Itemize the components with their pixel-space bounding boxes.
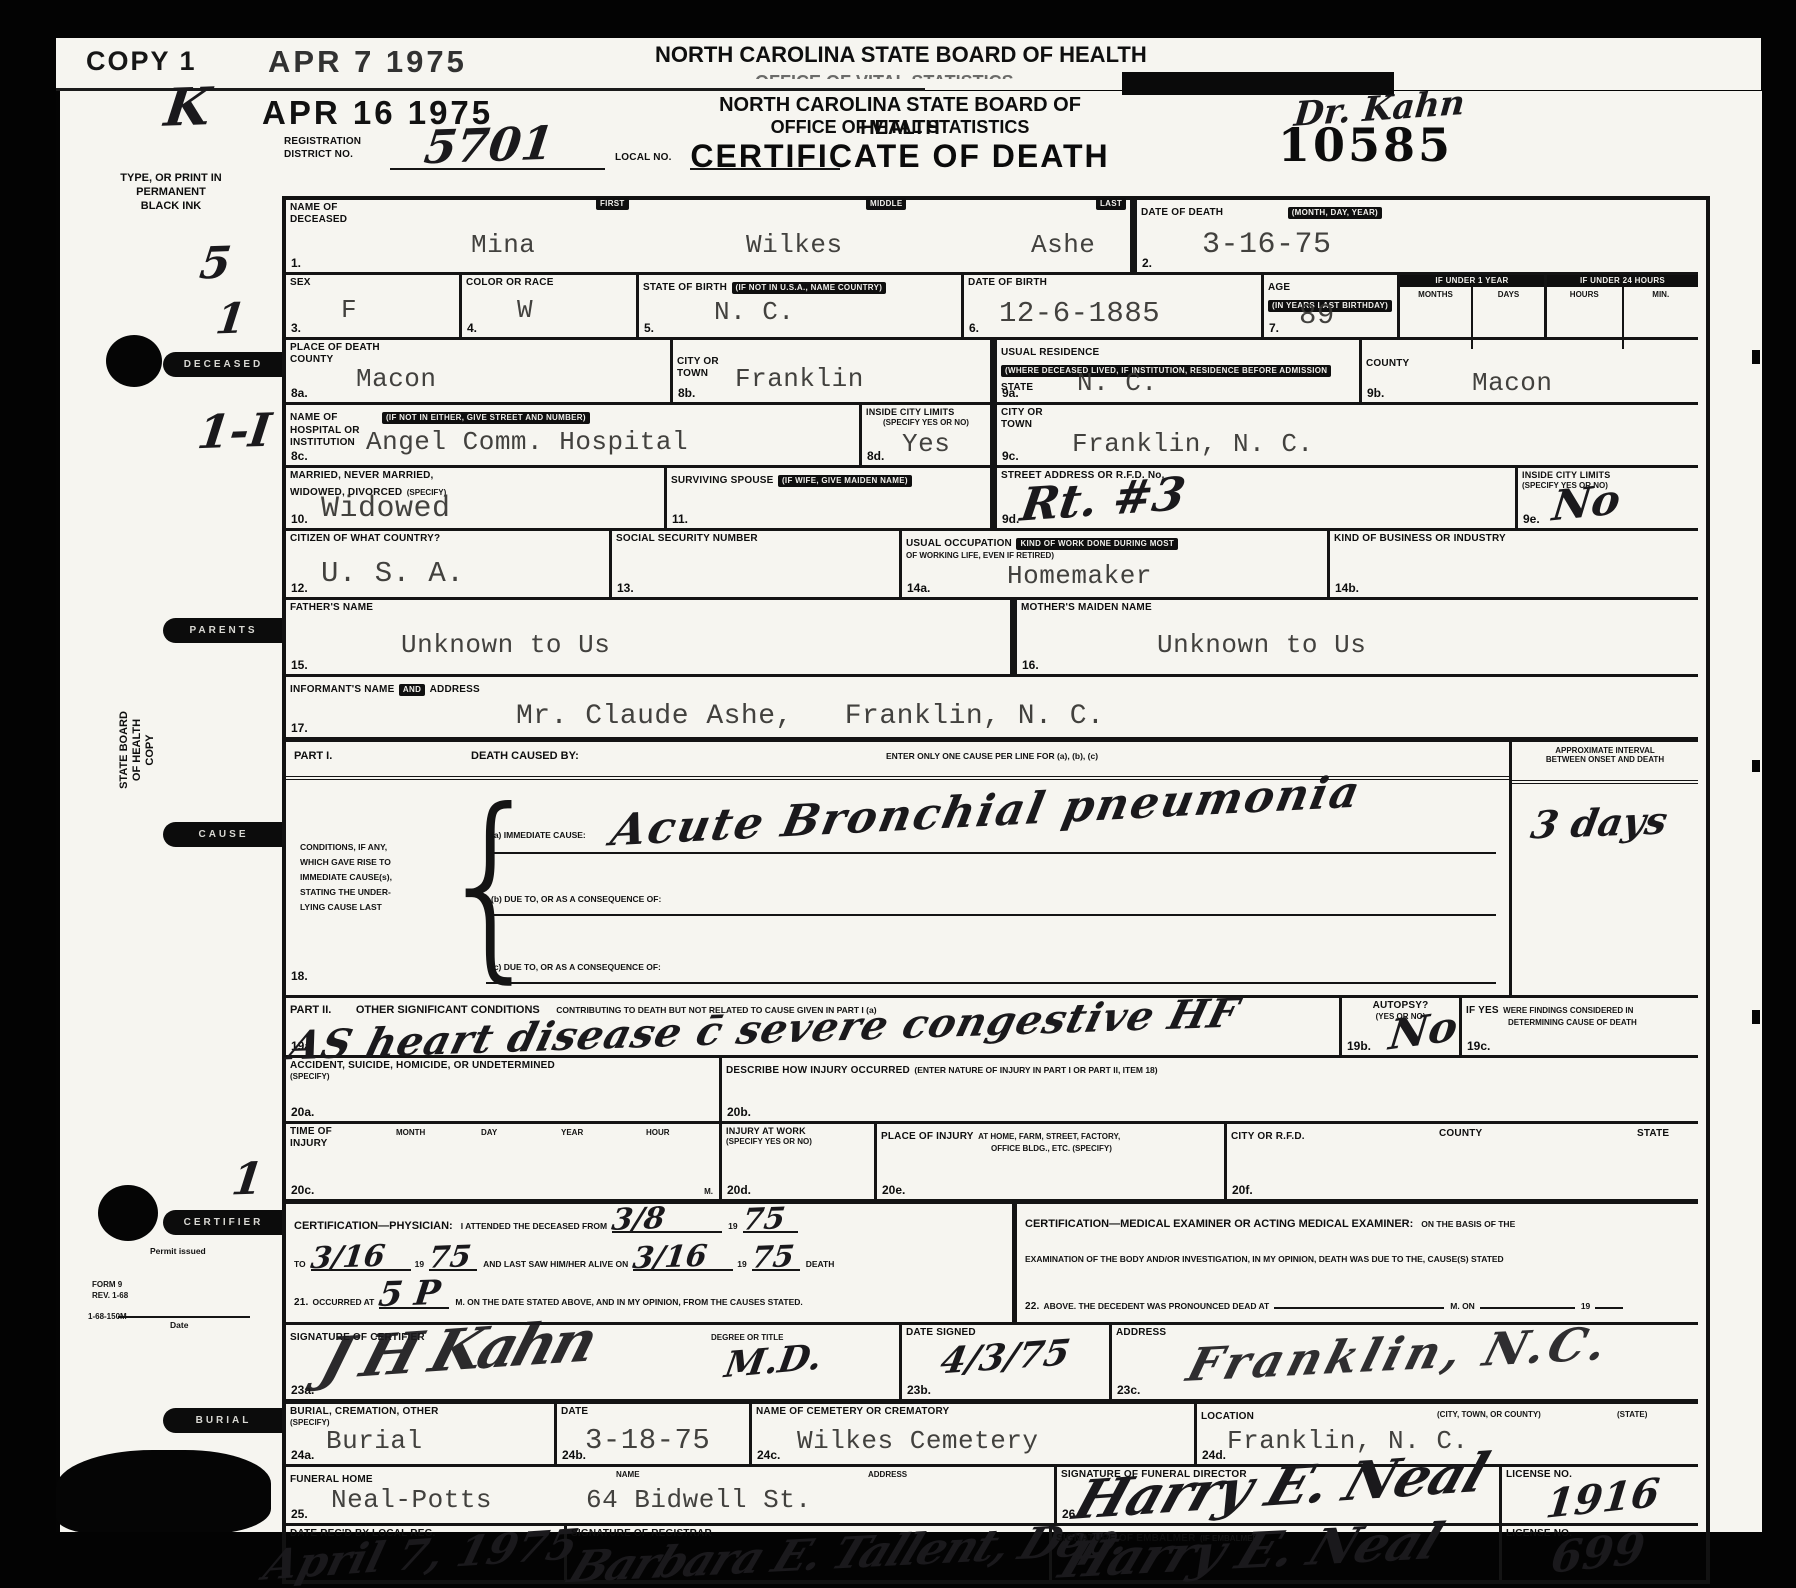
funeral-home-address: 64 Bidwell St. (586, 1487, 811, 1513)
column-head-middle: MIDDLE (866, 198, 906, 210)
form-row: MARRIED, NEVER MARRIED, WIDOWED, DIVORCE… (286, 465, 1698, 528)
examiner-line-3: 22. ABOVE. THE DECEDENT WAS PRONOUNCED D… (1025, 1292, 1623, 1313)
scan-artifact (1752, 1010, 1760, 1024)
field-sublabel: (SPECIFY YES OR NO) (866, 418, 986, 427)
column-head-first: FIRST (596, 198, 629, 210)
pronounced-label: ABOVE. THE DECEDENT WAS PRONOUNCED DEAD … (1044, 1301, 1270, 1312)
field-burial-cremation: BURIAL, CREMATION, OTHER (SPECIFY) 24a. … (286, 1404, 557, 1464)
attended-from-year: 75 (741, 1204, 787, 1235)
marital-value: Widowed (321, 494, 451, 524)
field-sublabel: (IF WIFE, GIVE MAIDEN NAME) (778, 475, 912, 487)
item-number: 4. (467, 321, 477, 335)
copy-line: STATE BOARD (118, 680, 131, 820)
year-column: YEAR (561, 1128, 583, 1137)
occurred-label: OCCURRED AT (313, 1297, 375, 1308)
item-number: 19c. (1467, 1039, 1490, 1053)
field-occupation: USUAL OCCUPATION KIND OF WORK DONE DURIN… (902, 531, 1330, 597)
column-head-last: LAST (1096, 198, 1126, 210)
cemetery-value: Wilkes Cemetery (797, 1428, 1039, 1454)
race-value: W (517, 297, 533, 323)
section-label: USUAL RESIDENCE (1001, 347, 1099, 358)
item-number: 20c. (291, 1183, 314, 1197)
certification-section: CERTIFICATION—PHYSICIAN: I ATTENDED THE … (286, 1199, 1698, 1322)
item-number: 8c. (291, 449, 308, 463)
field-label: FATHER'S NAME (290, 602, 1006, 614)
state-of-birth-value: N. C. (714, 299, 795, 325)
funeral-home-row: FUNERAL HOME NAME ADDRESS 25. Neal-Potts… (286, 1464, 1698, 1523)
field-label: COUNTY (290, 354, 666, 366)
item-number: 8b. (678, 386, 695, 400)
field-sublabel: (STATE) (1617, 1410, 1647, 1419)
field-label: LOCATION (1201, 1411, 1254, 1422)
field-embalmer-license: LICENSE NO. 699 (1502, 1526, 1698, 1580)
examiner-label: CERTIFICATION—MEDICAL EXAMINER OR ACTING… (1025, 1218, 1413, 1231)
field-sublabel: KIND OF WORK DONE DURING MOST (1016, 538, 1178, 550)
item-number: 10. (291, 512, 308, 526)
interval-header: APPROXIMATE INTERVAL BETWEEN ONSET AND D… (1512, 742, 1698, 784)
item-number: 15. (291, 658, 308, 672)
field-sublabel: (SPECIFY YES OR NO) (726, 1137, 870, 1146)
field-label: DESCRIBE HOW INJURY OCCURRED (726, 1065, 910, 1076)
field-injury-city-county-state: CITY OR R.F.D. COUNTY STATE 20f. (1227, 1124, 1698, 1199)
scan-artifact (1752, 760, 1760, 772)
item-number: 20a. (291, 1105, 314, 1119)
certification-physician: CERTIFICATION—PHYSICIAN: I ATTENDED THE … (286, 1204, 1017, 1322)
field-label: FUNERAL HOME (290, 1474, 373, 1485)
field-sublabel: (IF NOT IN U.S.A., NAME COUNTRY) (732, 282, 887, 294)
local-no-label: LOCAL NO. (615, 152, 672, 164)
field-sublabel: OF WORKING LIFE, EVEN IF RETIRED) (906, 551, 1323, 560)
field-label: INJURY (290, 1138, 715, 1150)
item-number: 24a. (291, 1448, 314, 1462)
field-label: SEX (290, 277, 455, 289)
margin-tab-cause: CAUSE (163, 822, 284, 847)
interval-label: BETWEEN ONSET AND DEATH (1512, 755, 1698, 764)
field-label: STATE (1001, 382, 1355, 394)
burial-date-value: 3-18-75 (585, 1426, 710, 1455)
hole-punch-bottom (98, 1185, 158, 1241)
field-place-of-death-city: CITY OR TOWN 8b. Franklin (673, 340, 997, 402)
item-number: 20b. (727, 1105, 751, 1119)
field-marital-status: MARRIED, NEVER MARRIED, WIDOWED, DIVORCE… (286, 468, 667, 528)
field-residence-city: CITY OR TOWN 9c. Franklin, N. C. (997, 405, 1698, 465)
item-number: 9d. (1002, 512, 1019, 526)
permit-issued-label: Permit issued (150, 1246, 206, 1257)
item-number: 1. (291, 256, 301, 270)
citizen-value: U. S. A. (321, 559, 464, 588)
examiner-note: EXAMINATION OF THE BODY AND/OR INVESTIGA… (1025, 1254, 1504, 1265)
year-prefix: 19 (415, 1259, 424, 1270)
certifier-signature: J H Kahn (314, 1312, 600, 1388)
item-number: 8a. (291, 386, 308, 400)
due-to-c-label: (c) DUE TO, OR AS A CONSEQUENCE OF: (491, 962, 661, 973)
part1-note: ENTER ONLY ONE CAUSE PER LINE FOR (a), (… (886, 751, 1098, 762)
last-saw-value: 3/16 (631, 1242, 709, 1275)
form-revision: REV. 1-68 (92, 1291, 128, 1300)
immediate-cause-value: Acute Bronchial pneumonia (607, 771, 1364, 854)
field-director-license: LICENSE NO. 1916 (1502, 1467, 1698, 1523)
informant-value: Mr. Claude Ashe, Franklin, N. C. (516, 703, 1104, 731)
street-address-value: Rt. #3 (1018, 470, 1189, 527)
item-number: 9b. (1367, 386, 1384, 400)
item-number: 24c. (757, 1448, 780, 1462)
item-number: 25. (291, 1507, 308, 1521)
scan-edge-left (0, 0, 56, 1588)
item-number: 9a. (1002, 386, 1019, 400)
field-describe-injury: DESCRIBE HOW INJURY OCCURRED (ENTER NATU… (722, 1058, 1698, 1121)
field-label: MOTHER'S MAIDEN NAME (1021, 602, 1694, 614)
injury-row-1: ACCIDENT, SUICIDE, HOMICIDE, OR UNDETERM… (286, 1055, 1698, 1121)
field-sublabel: AT HOME, FARM, STREET, FACTORY, (978, 1132, 1120, 1141)
cert-line-3: 21. OCCURRED AT 5 P M. ON THE DATE STATE… (294, 1292, 808, 1309)
copy-label: COPY 1 (86, 46, 197, 77)
residence-county-value: Macon (1472, 370, 1553, 396)
field-date-of-birth: DATE OF BIRTH 6. 12-6-1885 (964, 275, 1264, 337)
hole-punch-top (106, 335, 162, 387)
scanned-death-certificate: COPY 1 APR 7 1975 NORTH CAROLINA STATE B… (0, 0, 1796, 1588)
item-number: 14a. (907, 581, 930, 595)
occurred-rest-label: M. ON THE DATE STATED ABOVE, AND IN MY O… (455, 1297, 802, 1308)
immediate-cause-label: (a) IMMEDIATE CAUSE: (491, 830, 586, 841)
field-label: DECEASED (290, 214, 1126, 226)
ink-instruction-1: TYPE, OR PRINT IN (96, 172, 246, 185)
field-label: AGE (1268, 282, 1290, 293)
conditions-note: IMMEDIATE CAUSE(s), (300, 872, 392, 883)
attended-to-value: 3/16 (309, 1242, 387, 1275)
occurred-time-value: 5 P (377, 1276, 443, 1312)
field-sublabel: OFFICE BLDG., ETC. (SPECIFY) (991, 1144, 1220, 1153)
margin-mark-1-i: 1-I (195, 407, 274, 456)
field-label: IF UNDER 24 HOURS (1547, 275, 1698, 287)
field-injury-at-work: INJURY AT WORK (SPECIFY YES OR NO) 20d. (722, 1124, 877, 1199)
death-label: DEATH (806, 1259, 835, 1270)
form-number: FORM 9 (92, 1280, 122, 1289)
item-number: 6. (969, 321, 979, 335)
field-label: NAME OF CEMETERY OR CREMATORY (756, 1406, 1190, 1418)
field-ssn: SOCIAL SECURITY NUMBER 13. (612, 531, 902, 597)
field-informant: INFORMANT'S NAME AND ADDRESS 17. Mr. Cla… (286, 677, 1698, 737)
field-mother-maiden-name: MOTHER'S MAIDEN NAME 16. Unknown to Us (1017, 600, 1698, 674)
last-saw-year: 75 (750, 1242, 796, 1273)
field-color-or-race: COLOR OR RACE 4. W (462, 275, 639, 337)
occupation-value: Homemaker (1007, 563, 1152, 589)
office-header: OFFICE OF VITAL STATISTICS (680, 117, 1120, 138)
field-label: KIND OF BUSINESS OR INDUSTRY (1334, 533, 1694, 545)
date-label: Date (170, 1320, 188, 1331)
examiner-note: ON THE BASIS OF THE (1421, 1219, 1515, 1230)
cause-line-c (486, 982, 1496, 984)
field-place-of-death-county: PLACE OF DEATH COUNTY 8a. Macon (286, 340, 673, 402)
field-if-under-24-hours: IF UNDER 24 HOURS HOURS MIN. (1547, 275, 1698, 337)
item-number: 23c. (1117, 1383, 1140, 1397)
item-number: 16. (1022, 658, 1039, 672)
attended-label: I ATTENDED THE DECEASED FROM (461, 1221, 607, 1232)
field-label: ACCIDENT, SUICIDE, HOMICIDE, OR UNDETERM… (290, 1060, 715, 1072)
field-sublabel: (CITY, TOWN, OR COUNTY) (1437, 1410, 1541, 1419)
field-funeral-home: FUNERAL HOME NAME ADDRESS 25. Neal-Potts… (286, 1467, 1057, 1523)
item-number: 3. (291, 321, 301, 335)
hospital-value: Angel Comm. Hospital (366, 429, 688, 455)
address-sublabel: ADDRESS (868, 1470, 907, 1479)
residence-state-value: N. C. (1077, 370, 1158, 396)
date-signed-value: 4/3/75 (938, 1335, 1073, 1380)
examiner-line-1: CERTIFICATION—MEDICAL EXAMINER OR ACTING… (1025, 1218, 1520, 1231)
date-of-death-value: 3-16-75 (1202, 230, 1332, 260)
part1-label: PART I. (294, 750, 332, 763)
conditions-note: CONDITIONS, IF ANY, (300, 842, 387, 853)
form-row: CITIZEN OF WHAT COUNTRY? 12. U. S. A. SO… (286, 528, 1698, 597)
deceased-first-name: Mina (471, 232, 535, 258)
item-number: 2. (1142, 256, 1152, 270)
field-findings-considered: IF YES WERE FINDINGS CONSIDERED IN DETER… (1462, 998, 1698, 1055)
field-label: STATE OF BIRTH (643, 282, 727, 293)
field-citizen: CITIZEN OF WHAT COUNTRY? 12. U. S. A. (286, 531, 612, 597)
county-label: COUNTY (1439, 1128, 1482, 1140)
injury-row-2: TIME OF INJURY MONTH DAY YEAR HOUR 20c. … (286, 1121, 1698, 1199)
scan-artifact (1752, 350, 1760, 364)
received-date-stamp: APR 7 1975 (268, 44, 467, 80)
deceased-middle-name: Wilkes (746, 232, 843, 258)
certificate-number: 10585 (1278, 118, 1453, 172)
inside-city-9e-value: No (1550, 479, 1622, 528)
physician-label: CERTIFICATION—PHYSICIAN: (294, 1220, 453, 1233)
field-label: CITY OR (1001, 407, 1694, 419)
funeral-home-name: Neal-Potts (331, 1487, 492, 1513)
field-street-address: STREET ADDRESS OR R.F.D. No. 9d. Rt. #3 (997, 468, 1518, 528)
day-column: DAY (481, 1128, 497, 1137)
certifier-signature-row: SIGNATURE OF CERTIFIER DEGREE OR TITLE 2… (286, 1322, 1698, 1399)
scan-edge-top (0, 0, 1796, 38)
page-title: CERTIFICATE OF DEATH (680, 138, 1120, 175)
field-name-of-deceased: NAME OF DECEASED FIRST MIDDLE LAST 1. Mi… (286, 200, 1137, 272)
conditions-note: STATING THE UNDER- (300, 887, 391, 898)
field-registrar-signature: SIGNATURE OF REGISTRAR Barbara E. Tallen… (567, 1526, 1052, 1580)
item-number: 23b. (907, 1383, 931, 1397)
director-license-value: 1916 (1544, 1473, 1661, 1524)
district-no-label: DISTRICT NO. (284, 149, 353, 161)
field-date-received: DATE REC'D BY LOCAL REG. April 7, 1975 (286, 1526, 567, 1580)
last-saw-label: AND LAST SAW HIM/HER ALIVE ON (483, 1259, 628, 1270)
field-state-of-birth: STATE OF BIRTH (IF NOT IN U.S.A., NAME C… (639, 275, 964, 337)
back-office-header-cut: OFFICE OF VITAL STATISTICS (755, 72, 1014, 79)
item-number: 20e. (882, 1183, 905, 1197)
field-certifier-address: ADDRESS 23c. Franklin, N.C. (1112, 1325, 1698, 1399)
section-label: PLACE OF DEATH (290, 342, 666, 354)
field-sublabel: (SPECIFY) (290, 1072, 715, 1081)
item-number: 7. (1269, 321, 1279, 335)
cause-of-death-part2: PART II. OTHER SIGNIFICANT CONDITIONS CO… (286, 995, 1698, 1055)
deceased-last-name: Ashe (1031, 232, 1095, 258)
conditions-note: WHICH GAVE RISE TO (300, 857, 391, 868)
field-surviving-spouse: SURVIVING SPOUSE (IF WIFE, GIVE MAIDEN N… (667, 468, 997, 528)
margin-tab-parents: PARENTS (163, 618, 284, 643)
ink-instruction-3: BLACK INK (96, 200, 246, 213)
field-label: NAME OF (290, 202, 1126, 214)
item-number: 9e. (1523, 512, 1540, 526)
form-row: NAME OF DECEASED FIRST MIDDLE LAST 1. Mi… (286, 200, 1698, 272)
field-label: INSIDE CITY LIMITS (866, 407, 986, 418)
attended-to-year: 75 (427, 1242, 473, 1273)
part1-interval-column: APPROXIMATE INTERVAL BETWEEN ONSET AND D… (1512, 742, 1698, 995)
field-label: DATE OF DEATH (1141, 207, 1223, 218)
item-number: 19b. (1347, 1039, 1371, 1053)
examiner-line-2: EXAMINATION OF THE BODY AND/OR INVESTIGA… (1025, 1254, 1509, 1265)
form-row: PLACE OF DEATH COUNTY 8a. Macon CITY OR … (286, 337, 1698, 402)
embalmer-signature: Harry E. Neal (1053, 1516, 1448, 1585)
form-row: FATHER'S NAME 15. Unknown to Us MOTHER'S… (286, 597, 1698, 674)
field-label: SURVIVING SPOUSE (671, 475, 774, 486)
year-prefix: 19 (737, 1259, 746, 1270)
item-number: 20d. (727, 1183, 751, 1197)
field-label: ADDRESS (430, 684, 480, 695)
interval-label: APPROXIMATE INTERVAL (1512, 746, 1698, 755)
field-label: USUAL OCCUPATION (906, 538, 1012, 549)
field-place-of-injury: PLACE OF INJURY AT HOME, FARM, STREET, F… (877, 1124, 1227, 1199)
field-label: INFORMANT'S NAME (290, 684, 394, 695)
field-label: BURIAL, CREMATION, OTHER (290, 1406, 550, 1418)
item-number: 8d. (867, 449, 884, 463)
field-hospital: NAME OF (IF NOT IN EITHER, GIVE STREET A… (286, 405, 862, 465)
registration-label: REGISTRATION (284, 136, 361, 148)
meridiem-label: M. (704, 1187, 713, 1196)
state-label: STATE (1637, 1128, 1669, 1140)
field-date-signed: DATE SIGNED 23b. 4/3/75 (902, 1325, 1112, 1399)
field-inside-city-limits-9e: INSIDE CITY LIMITS (SPECIFY YES OR NO) 9… (1518, 468, 1698, 528)
field-label: IF UNDER 1 YEAR (1400, 275, 1544, 287)
field-accident-suicide: ACCIDENT, SUICIDE, HOMICIDE, OR UNDETERM… (286, 1058, 722, 1121)
field-label: COLOR OR RACE (466, 277, 632, 289)
field-label: DATE OF BIRTH (968, 277, 1257, 289)
copy-line: OF HEALTH (131, 680, 144, 820)
item-number: 5. (644, 321, 654, 335)
margin-mark-5: 5 (197, 241, 233, 286)
form-row: INFORMANT'S NAME AND ADDRESS 17. Mr. Cla… (286, 674, 1698, 737)
state-board-copy-vertical: STATE BOARD OF HEALTH COPY (118, 680, 218, 820)
field-sex: SEX 3. F (286, 275, 462, 337)
field-label: MARRIED, NEVER MARRIED, (290, 470, 660, 482)
form-row: NAME OF (IF NOT IN EITHER, GIVE STREET A… (286, 402, 1698, 465)
field-label: CITIZEN OF WHAT COUNTRY? (290, 533, 605, 545)
field-sublabel: (MONTH, DAY, YEAR) (1288, 207, 1382, 219)
margin-tab-deceased: DECEASED (163, 352, 284, 377)
due-to-b-label: (b) DUE TO, OR AS A CONSEQUENCE OF: (491, 894, 661, 905)
date-line (118, 1316, 250, 1318)
inside-city-8d-value: Yes (902, 431, 950, 457)
field-date-of-death: DATE OF DEATH (MONTH, DAY, YEAR) 2. 3-16… (1137, 200, 1698, 272)
field-residence-county: COUNTY 9b. Macon (1362, 340, 1698, 402)
ink-instruction-2: PERMANENT (96, 186, 246, 199)
burial-value: Burial (326, 1428, 423, 1454)
field-label: NAME OF (290, 412, 338, 423)
margin-tab-burial: BURIAL (163, 1408, 284, 1433)
part2-label: PART II. (290, 1004, 331, 1016)
field-sublabel: (IF NOT IN EITHER, GIVE STREET AND NUMBE… (382, 412, 590, 424)
field-residence-state: USUAL RESIDENCE (WHERE DECEASED LIVED, I… (997, 340, 1362, 402)
pod-city-value: Franklin (735, 366, 864, 392)
age-value: 89 (1299, 301, 1335, 330)
field-label: CITY OR R.F.D. (1231, 1131, 1305, 1142)
cert-line-2: TO 3/16 19 75 AND LAST SAW HIM/HER ALIVE… (294, 1254, 839, 1271)
scan-shadow-blob (56, 1450, 271, 1534)
item-number: 18. (291, 969, 308, 983)
field-industry: KIND OF BUSINESS OR INDUSTRY 14b. (1330, 531, 1698, 597)
margin-mark-k: K (162, 81, 214, 135)
item-number: 23a. (291, 1383, 314, 1397)
back-board-header: NORTH CAROLINA STATE BOARD OF HEALTH (655, 42, 1147, 68)
part1-main: PART I. DEATH CAUSED BY: ENTER ONLY ONE … (286, 742, 1512, 995)
registrar-row: DATE REC'D BY LOCAL REG. April 7, 1975 S… (286, 1523, 1698, 1580)
cert-line-1: CERTIFICATION—PHYSICIAN: I ATTENDED THE … (294, 1216, 798, 1233)
part1-title: DEATH CAUSED BY: (471, 750, 579, 763)
date-of-birth-value: 12-6-1885 (999, 299, 1160, 328)
item-number: 9c. (1002, 449, 1019, 463)
embalmer-license-value: 699 (1549, 1527, 1647, 1580)
margin-tab-certifier: CERTIFIER (163, 1210, 284, 1235)
district-no-value: 5701 (422, 120, 556, 170)
field-age: AGE (IN YEARS LAST BIRTHDAY) 7. 89 (1264, 275, 1400, 337)
field-label: DETERMINING CAUSE OF DEATH (1508, 1018, 1694, 1027)
sex-value: F (341, 297, 357, 323)
field-inside-city-limits-8d: INSIDE CITY LIMITS (SPECIFY YES OR NO) 8… (862, 405, 997, 465)
field-cemetery: NAME OF CEMETERY OR CREMATORY 24c. Wilke… (752, 1404, 1197, 1464)
certification-medical-examiner: CERTIFICATION—MEDICAL EXAMINER OR ACTING… (1017, 1204, 1698, 1322)
item-number: 24b. (562, 1448, 586, 1462)
month-column: MONTH (396, 1128, 425, 1137)
field-father-name: FATHER'S NAME 15. Unknown to Us (286, 600, 1017, 674)
field-label: INJURY AT WORK (726, 1126, 870, 1137)
residence-city-value: Franklin, N. C. (1072, 431, 1314, 457)
section-sublabel: (WHERE DECEASED LIVED, IF INSTITUTION, R… (1001, 365, 1331, 377)
certificate-form: NAME OF DECEASED FIRST MIDDLE LAST 1. Mi… (282, 196, 1710, 1584)
field-label: SOCIAL SECURITY NUMBER (616, 533, 895, 545)
field-burial-date: DATE 24b. 3-18-75 (557, 1404, 752, 1464)
item-number: 12. (291, 581, 308, 595)
field-if-under-1-year: IF UNDER 1 YEAR MONTHS DAYS (1400, 275, 1547, 337)
item-number: 14b. (1335, 581, 1359, 595)
margin-mark-1: 1 (213, 298, 248, 341)
cause-of-death-part1: PART I. DEATH CAUSED BY: ENTER ONLY ONE … (286, 737, 1698, 995)
item-number-21: 21. (294, 1297, 309, 1309)
cause-line-b (486, 914, 1496, 916)
field-time-of-injury: TIME OF INJURY MONTH DAY YEAR HOUR 20c. … (286, 1124, 722, 1199)
item-number: 20f. (1232, 1183, 1253, 1197)
scan-edge-right (1762, 0, 1796, 1588)
field-signature-of-certifier: SIGNATURE OF CERTIFIER DEGREE OR TITLE 2… (286, 1325, 902, 1399)
mother-name-value: Unknown to Us (1157, 632, 1366, 658)
hour-column: HOUR (646, 1128, 670, 1137)
pronounced-m-label: M. ON (1450, 1301, 1475, 1312)
name-sublabel: NAME (616, 1470, 640, 1479)
field-label: PLACE OF INJURY (881, 1131, 974, 1142)
year-prefix: 19 (728, 1221, 737, 1232)
item-number: 11. (672, 512, 688, 526)
form-row: SEX 3. F COLOR OR RACE 4. W STATE OF BIR… (286, 272, 1698, 337)
attended-from-value: 3/8 (610, 1204, 667, 1236)
part2-conditions: PART II. OTHER SIGNIFICANT CONDITIONS CO… (286, 998, 1342, 1055)
item-number-22: 22. (1025, 1301, 1040, 1313)
field-label: DATE (561, 1406, 745, 1418)
form-print-code: 1-68-150M (88, 1312, 127, 1321)
conditions-brace (436, 784, 547, 985)
copy-line: COPY (144, 680, 157, 820)
item-number: 13. (617, 581, 634, 595)
field-autopsy: AUTOPSY? (YES OR NO) 19b. No (1342, 998, 1462, 1055)
item-number: 17. (291, 721, 308, 735)
autopsy-value: No (1387, 1006, 1460, 1057)
pod-county-value: Macon (356, 366, 437, 392)
father-name-value: Unknown to Us (401, 632, 610, 658)
field-embalmer-signature: SIGNATURE OF EMBALMER (IF EMBALMED) Harr… (1052, 1526, 1502, 1580)
